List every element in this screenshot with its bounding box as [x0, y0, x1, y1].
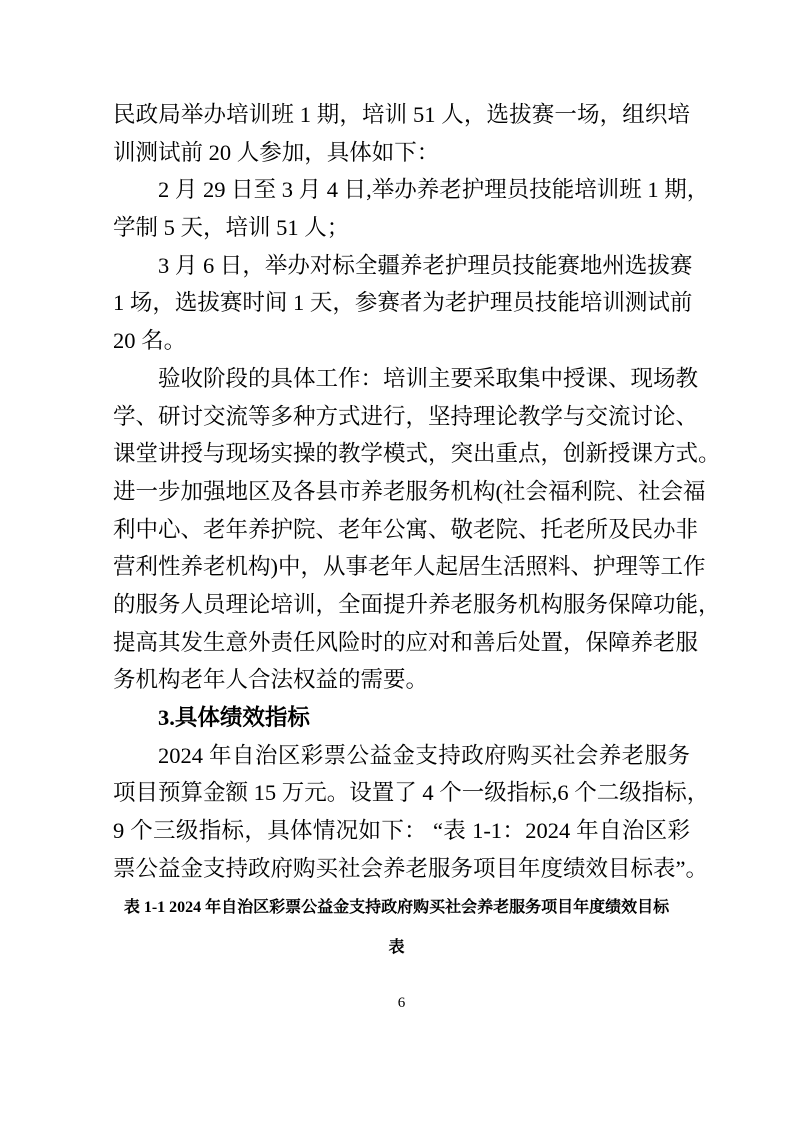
body-text-line: 利中心、老年养护院、老年公寓、敬老院、托老所及民办非 — [113, 511, 690, 549]
body-text-line: 20 名。 — [113, 322, 690, 360]
table-caption-line-1: 表 1-1 2024 年自治区彩票公益金支持政府购买社会养老服务项目年度绩效目标 — [100, 888, 693, 928]
body-text-line: 1 场，选拔赛时间 1 天，参赛者为老护理员技能培训测试前 — [113, 284, 690, 322]
body-text-line: 进一步加强地区及各县市养老服务机构(社会福利院、社会福 — [113, 473, 690, 511]
document-page: 民政局举办培训班 1 期，培训 51 人，选拔赛一场，组织培 训测试前 20 人… — [0, 0, 793, 1122]
body-text-line: 2 月 29 日至 3 月 4 日,举办养老护理员技能培训班 1 期， — [113, 171, 690, 209]
body-text-line: 学、研讨交流等多种方式进行，坚持理论教学与交流讨论、 — [113, 398, 690, 436]
body-text-line: 课堂讲授与现场实操的教学模式，突出重点，创新授课方式。 — [113, 435, 690, 473]
body-text-line: 提高其发生意外责任风险时的应对和善后处置，保障养老服 — [113, 624, 690, 662]
body-text-line: 票公益金支持政府购买社会养老服务项目年度绩效目标表”。 — [113, 850, 690, 888]
body-text-line: 训测试前 20 人参加，具体如下： — [113, 134, 690, 172]
page-number: 6 — [113, 992, 690, 1014]
body-text: 民政局举办培训班 1 期，培训 51 人，选拔赛一场，组织培 训测试前 20 人… — [113, 96, 690, 887]
body-text-line: 民政局举办培训班 1 期，培训 51 人，选拔赛一场，组织培 — [113, 96, 690, 134]
body-text-line: 验收阶段的具体工作：培训主要采取集中授课、现场教 — [113, 360, 690, 398]
body-text-line: 9 个三级指标，具体情况如下： “表 1-1：2024 年自治区彩 — [113, 812, 690, 850]
body-text-line: 3 月 6 日，举办对标全疆养老护理员技能赛地州选拔赛 — [113, 247, 690, 285]
body-text-line: 营利性养老机构)中，从事老年人起居生活照料、护理等工作 — [113, 548, 690, 586]
body-text-line: 2024 年自治区彩票公益金支持政府购买社会养老服务 — [113, 737, 690, 775]
body-text-line: 学制 5 天，培训 51 人； — [113, 209, 690, 247]
body-text-line: 项目预算金额 15 万元。设置了 4 个一级指标,6 个二级指标， — [113, 774, 690, 812]
table-caption: 表 1-1 2024 年自治区彩票公益金支持政府购买社会养老服务项目年度绩效目标… — [100, 888, 693, 968]
section-heading: 3.具体绩效指标 — [113, 699, 690, 737]
table-caption-line-2: 表 — [100, 928, 693, 968]
body-text-line: 的服务人员理论培训，全面提升养老服务机构服务保障功能， — [113, 586, 690, 624]
body-text-line: 务机构老年人合法权益的需要。 — [113, 661, 690, 699]
